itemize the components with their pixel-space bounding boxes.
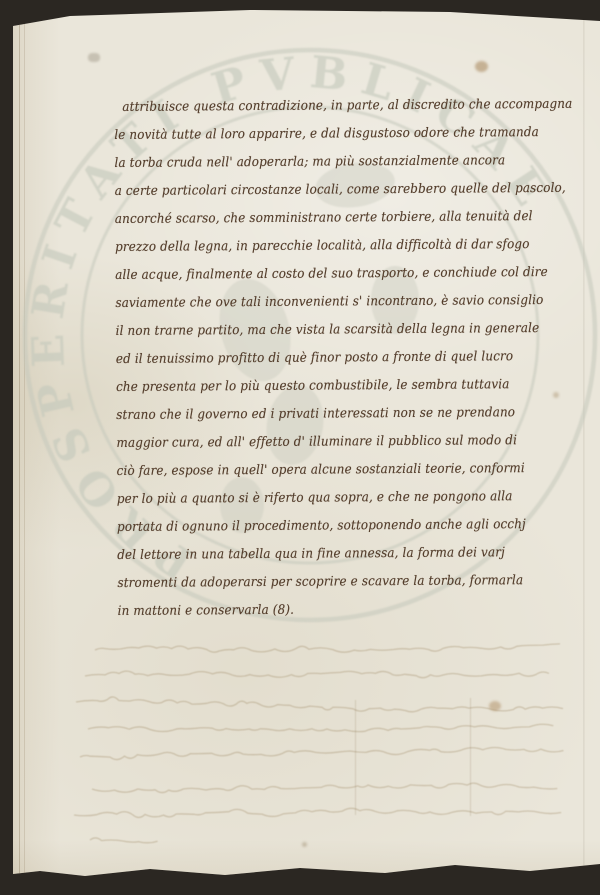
bleedthrough-line: [74, 808, 561, 817]
bleedthrough-margin-rule: [355, 700, 356, 815]
bleedthrough-line: [80, 747, 564, 759]
foxing-spot: [475, 61, 488, 72]
bleedthrough-text: [0, 0, 600, 895]
foxing-spot: [489, 701, 501, 711]
foxing-spot: [553, 392, 559, 398]
foxing-spot: [302, 842, 307, 847]
bleedthrough-margin-rule: [470, 698, 471, 816]
bleedthrough-line: [92, 783, 557, 792]
bleedthrough-line: [88, 724, 553, 731]
bleedthrough-line: [85, 671, 549, 678]
scanned-manuscript: PROSPERITATI PVBLICAE attribuisce questa…: [0, 0, 600, 895]
bleedthrough-line: [90, 838, 158, 843]
manuscript-page: PROSPERITATI PVBLICAE attribuisce questa…: [0, 0, 600, 895]
bleedthrough-line: [95, 644, 560, 652]
